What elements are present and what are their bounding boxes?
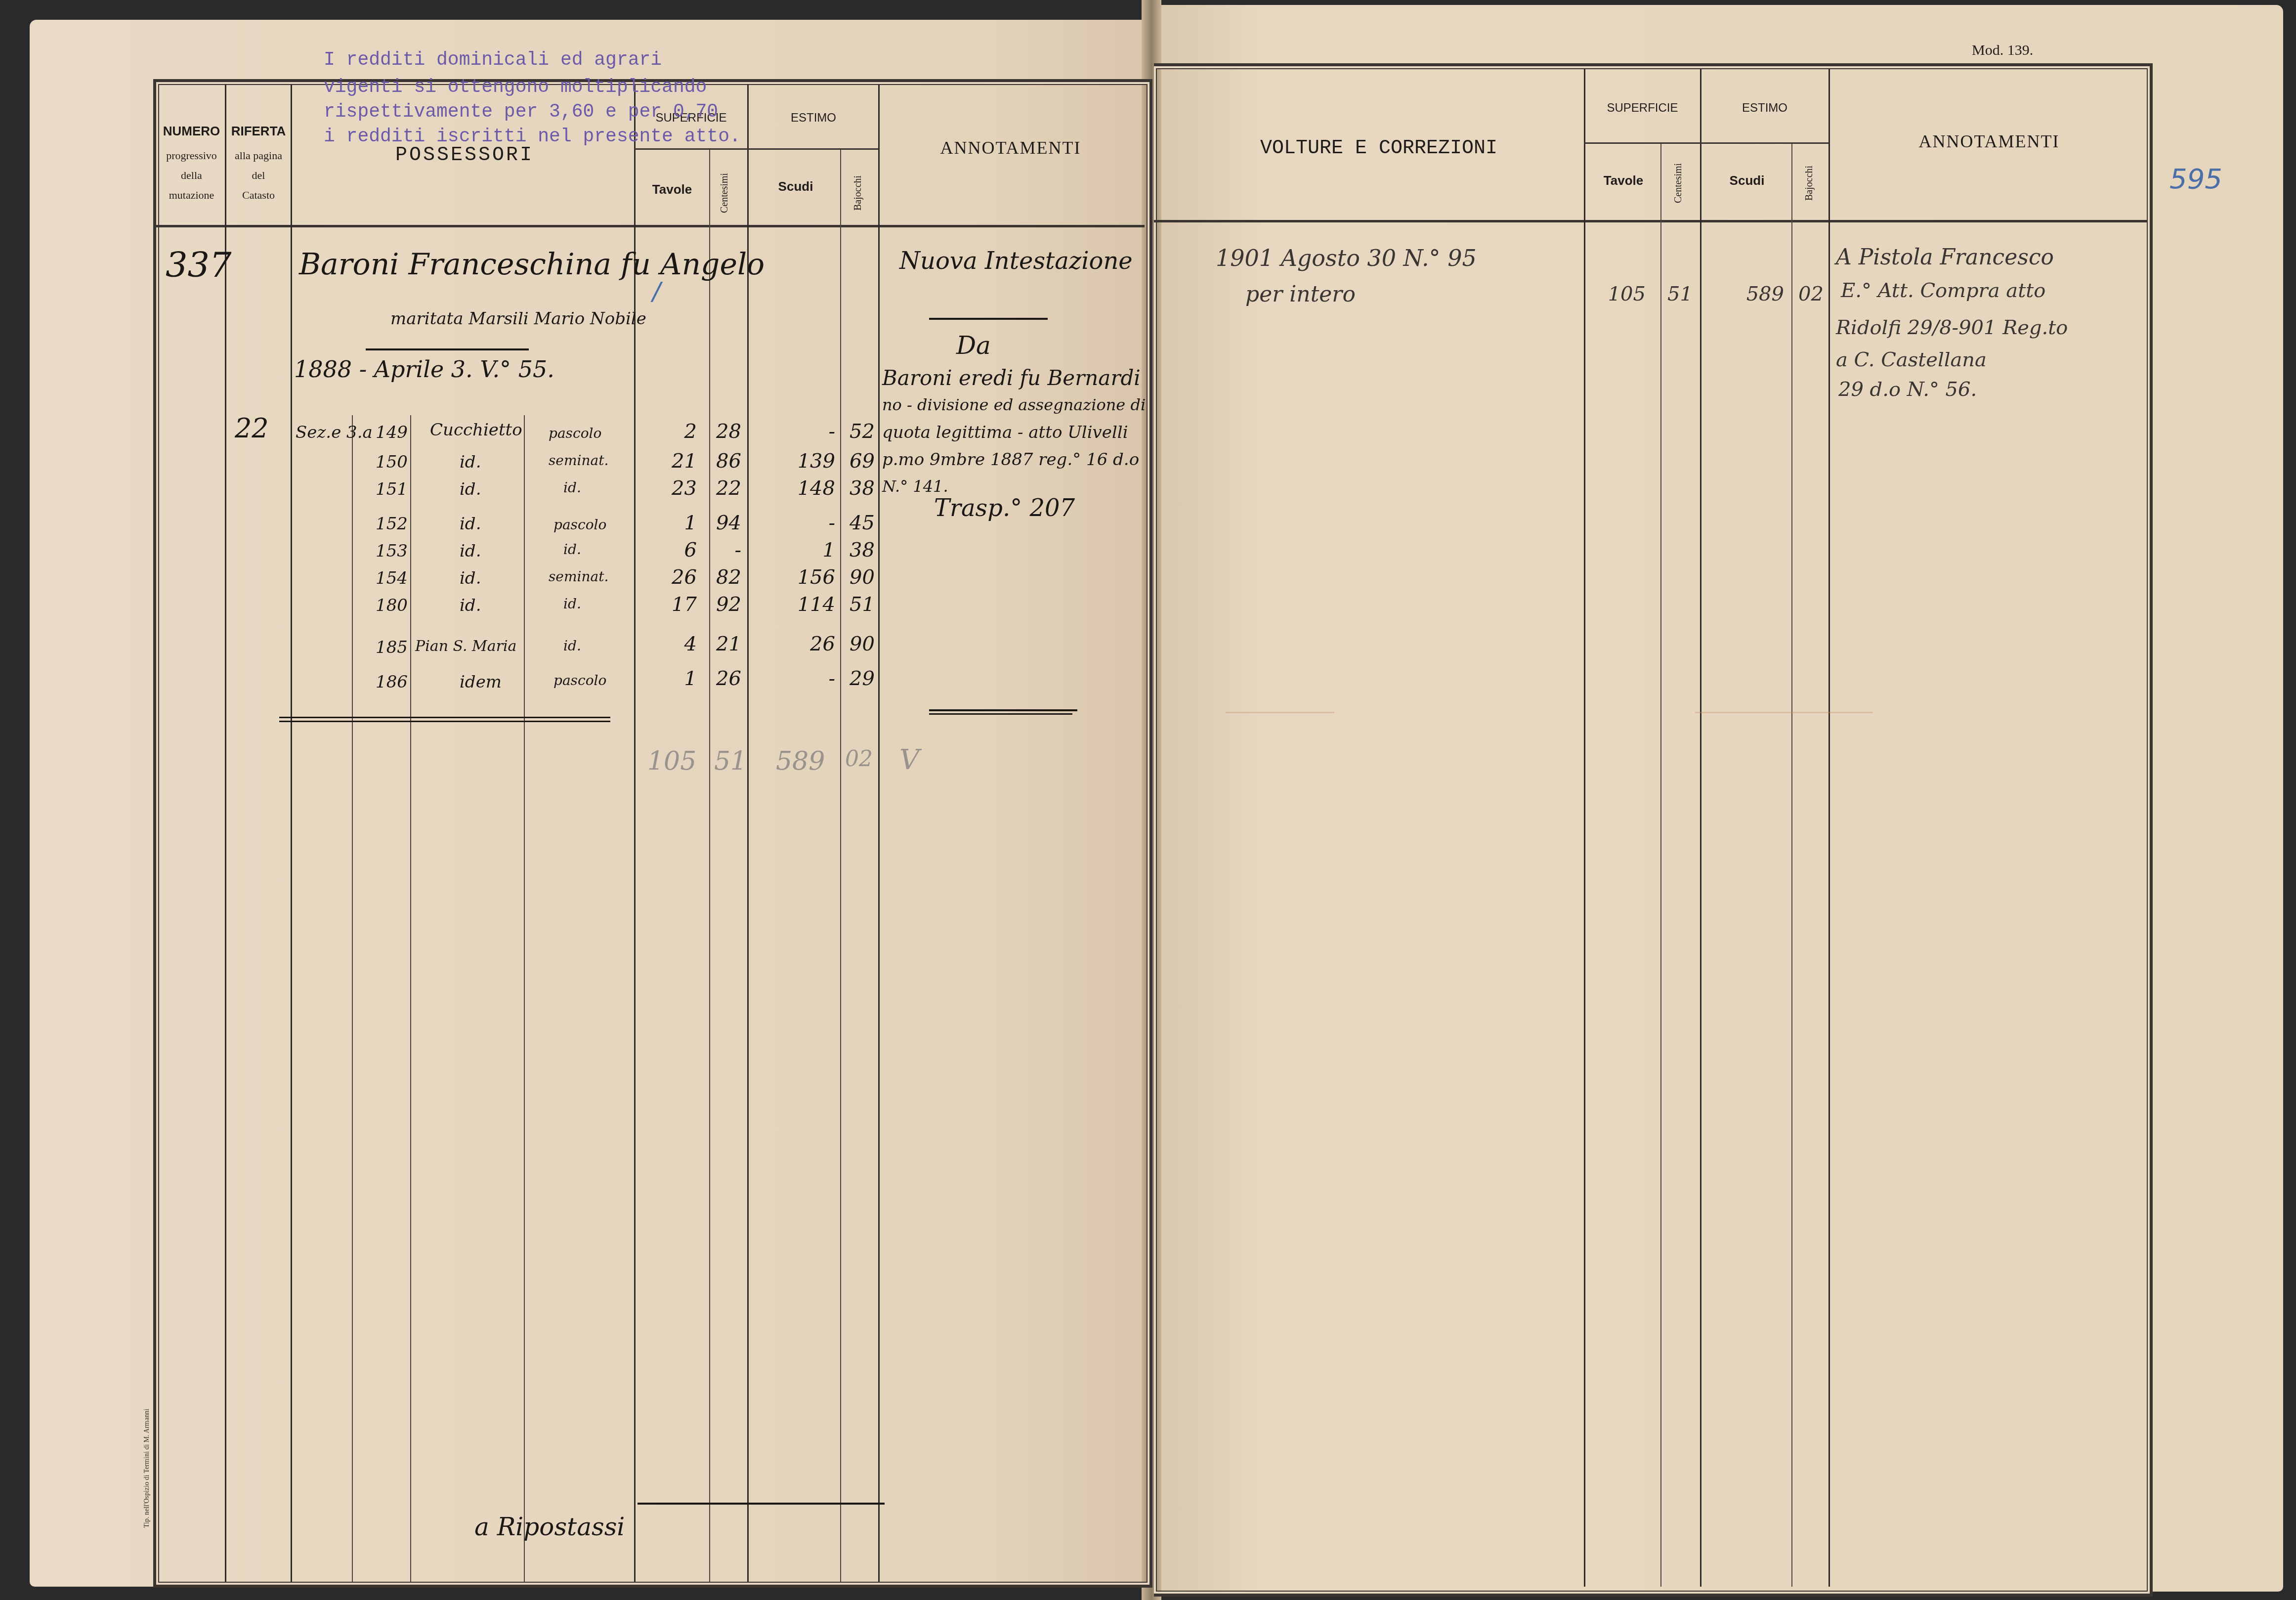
header-riferta-sub-1: alla pagina <box>226 146 291 166</box>
parcel-vocabolo: Pian S. Maria <box>415 638 517 655</box>
col-divider <box>291 84 292 1582</box>
header-bajocchi: Bajocchi <box>1804 153 1815 213</box>
annotation-da: Da <box>956 331 991 360</box>
divider-stroke <box>929 709 1077 711</box>
voltura-tavole: 105 <box>1591 283 1646 305</box>
annotation-line: E.° Att. Compra atto <box>1841 279 2045 302</box>
parcel-tavole: 2 <box>638 420 697 443</box>
bottom-rule <box>638 1503 885 1505</box>
parcel-vocabolo: id. <box>460 541 481 561</box>
parcel-centesimi: 86 <box>712 450 741 473</box>
col-divider <box>1584 69 1585 1587</box>
annotation-line: Baroni eredi fu Bernardi <box>882 366 1141 390</box>
header-riferta: RIFERTA <box>226 124 291 139</box>
voltura-bajocchi: 02 <box>1794 283 1824 305</box>
parcel-tavole: 17 <box>638 593 697 616</box>
parcel-centesimi: 28 <box>712 420 741 443</box>
closing-rule <box>279 717 610 718</box>
annotation-trasporto: Trasp.° 207 <box>934 494 1075 522</box>
header-annotamenti: ANNOTAMENTI <box>1831 131 2147 152</box>
parcel-qualita: seminat. <box>549 568 608 585</box>
header-annotamenti: ANNOTAMENTI <box>880 137 1142 158</box>
parcel-bajocchi: 45 <box>843 512 875 534</box>
parcel-bajocchi: 52 <box>843 420 875 443</box>
annotation-line: no - divisione ed assegnazione di <box>882 395 1146 414</box>
col-divider <box>352 415 353 1582</box>
parcel-scudi: 114 <box>751 593 835 616</box>
parcel-tavole: 1 <box>638 512 697 534</box>
parcel-scudi: - <box>751 512 835 534</box>
parcel-qualita: id. <box>563 541 581 558</box>
parcel-mappa: 152 <box>376 514 408 534</box>
parcel-mappa: 185 <box>376 638 408 657</box>
left-header-rule <box>156 225 1145 227</box>
printer-imprint: Tip. nell'Ospizio di Termini di M. Arman… <box>143 1364 151 1572</box>
entry-possessore: Baroni Franceschina fu Angelo <box>299 247 765 282</box>
parcel-vocabolo: Cucchietto <box>430 420 522 440</box>
parcel-mappa: 153 <box>376 541 408 561</box>
parcel-scudi: 1 <box>751 539 835 562</box>
total-bajocchi: 02 <box>845 746 873 772</box>
col-divider <box>1828 69 1830 1587</box>
voltura-centesimi: 51 <box>1663 283 1693 305</box>
header-riferta-sub: alla pagina del Catasto <box>226 146 291 205</box>
rubber-stamp-line-1: I redditi dominicali ed agrari <box>324 47 662 74</box>
parcel-tavole: 23 <box>638 477 697 500</box>
header-tavole: Tavole <box>638 182 707 197</box>
header-superficie: SUPERFICIE <box>1585 101 1700 115</box>
subheader-rule <box>1584 142 1828 144</box>
col-divider <box>410 415 411 1582</box>
divider-stroke <box>366 348 529 350</box>
voltura-scudi: 589 <box>1705 283 1784 305</box>
col-divider <box>747 84 749 1582</box>
header-estimo: ESTIMO <box>749 111 878 125</box>
header-centesimi: Centesimi <box>719 163 730 222</box>
header-scudi: Scudi <box>1702 173 1791 188</box>
annotation-line: quota legittima - atto Ulivelli <box>882 423 1128 442</box>
annotation-line: A Pistola Francesco <box>1836 245 2054 270</box>
total-centesimi: 51 <box>714 746 747 776</box>
rubber-stamp-line-2: vigenti si ottengono moltiplicando <box>324 74 707 101</box>
bleed-through-mark <box>1695 712 1873 713</box>
parcel-vocabolo: idem <box>460 672 502 692</box>
annotation-line: N.° 141. <box>882 477 948 496</box>
parcel-vocabolo: id. <box>460 568 481 588</box>
col-divider <box>709 148 710 1582</box>
parcel-tavole: 26 <box>638 566 697 589</box>
header-bajocchi: Bajocchi <box>852 163 864 222</box>
parcel-scudi: 26 <box>751 633 835 655</box>
annotation-line: 29 d.o N.° 56. <box>1838 378 1977 401</box>
parcel-scudi: - <box>751 667 835 690</box>
parcel-qualita: id. <box>563 479 581 496</box>
entry-riferta: 22 <box>235 413 269 444</box>
col-divider <box>840 148 841 1582</box>
parcel-scudi: 156 <box>751 566 835 589</box>
parcel-scudi: - <box>751 420 835 443</box>
header-tavole: Tavole <box>1586 173 1660 188</box>
header-numero-sub-3: mutazione <box>158 185 225 205</box>
voltura-per-intero: per intero <box>1245 282 1356 307</box>
parcel-vocabolo: id. <box>460 479 481 499</box>
header-riferta-sub-3: Catasto <box>226 185 291 205</box>
header-riferta-sub-2: del <box>226 166 291 185</box>
parcel-tavole: 6 <box>638 539 697 562</box>
parcel-centesimi: 94 <box>712 512 741 534</box>
form-model: Mod. 139. <box>1972 42 2033 59</box>
annotation-line: Ridolfi 29/8-901 Reg.to <box>1836 316 2068 339</box>
col-divider <box>1791 143 1792 1587</box>
annotation-line: a C. Castellana <box>1836 348 1987 371</box>
parcel-mappa: 149 <box>376 423 408 442</box>
header-numero-sub-2: della <box>158 166 225 185</box>
parcel-centesimi: 26 <box>712 667 741 690</box>
right-header-rule <box>1154 220 2147 222</box>
header-scudi: Scudi <box>751 179 840 194</box>
blue-pencil-tick: / <box>652 277 661 305</box>
header-centesimi: Centesimi <box>1673 153 1684 213</box>
rubber-stamp-line-3: rispettivamente per 3,60 e per 0,70 <box>324 99 718 126</box>
parcel-centesimi: 82 <box>712 566 741 589</box>
parcel-vocabolo: id. <box>460 514 481 534</box>
closing-rule <box>279 721 610 722</box>
entry-data-atto: 1888 - Aprile 3. V.° 55. <box>294 356 554 383</box>
col-divider <box>225 84 226 1582</box>
parcel-qualita: id. <box>563 596 581 612</box>
parcel-centesimi: 22 <box>712 477 741 500</box>
parcel-mappa: 150 <box>376 452 408 472</box>
parcel-bajocchi: 38 <box>843 477 875 500</box>
header-volture: VOLTURE E CORREZIONI <box>1186 137 1572 160</box>
header-numero-sub-1: progressivo <box>158 146 225 166</box>
parcel-bajocchi: 69 <box>843 450 875 473</box>
parcel-mappa: 151 <box>376 479 408 499</box>
total-check-mark: V <box>899 744 919 776</box>
divider-stroke <box>929 318 1048 320</box>
parcel-qualita: pascolo <box>549 425 601 441</box>
bleed-through-mark <box>1226 712 1334 713</box>
parcel-vocabolo: id. <box>460 596 481 615</box>
parcel-qualita: id. <box>563 638 581 654</box>
header-estimo: ESTIMO <box>1701 101 1828 115</box>
parcel-mappa: 154 <box>376 568 408 588</box>
parcel-tavole: 21 <box>638 450 697 473</box>
parcel-qualita: pascolo <box>553 517 606 533</box>
parcel-centesimi: - <box>712 539 741 562</box>
parcel-tavole: 1 <box>638 667 697 690</box>
rubber-stamp-line-4: i redditi iscritti nel presente atto. <box>324 124 741 150</box>
voltura-date: 1901 Agosto 30 N.° 95 <box>1216 245 1477 271</box>
parcel-tavole: 4 <box>638 633 697 655</box>
total-tavole: 105 <box>647 746 696 776</box>
annotation-nuova-intestazione: Nuova Intestazione <box>899 247 1133 275</box>
parcel-vocabolo: id. <box>460 452 481 472</box>
col-divider <box>524 415 525 1582</box>
parcel-bajocchi: 90 <box>843 566 875 589</box>
parcel-scudi: 148 <box>751 477 835 500</box>
parcel-bajocchi: 29 <box>843 667 875 690</box>
header-numero-sub: progressivo della mutazione <box>158 146 225 205</box>
parcel-scudi: 139 <box>751 450 835 473</box>
header-numero: NUMERO <box>158 124 225 139</box>
parcel-qualita: seminat. <box>549 452 608 469</box>
col-divider <box>1700 69 1701 1587</box>
divider-stroke <box>929 713 1072 715</box>
entry-maritata: maritata Marsili Mario Nobile <box>390 309 646 329</box>
parcel-centesimi: 21 <box>712 633 741 655</box>
footer-note: a Ripostassi <box>474 1513 625 1541</box>
parcel-bajocchi: 51 <box>843 593 875 616</box>
annotation-line: p.mo 9mbre 1887 reg.° 16 d.o <box>882 450 1139 470</box>
col-divider <box>1660 143 1661 1587</box>
entry-sezione: Sez.e 3.a <box>296 423 373 442</box>
parcel-qualita: pascolo <box>553 672 606 689</box>
entry-numero: 337 <box>166 245 232 285</box>
total-scudi: 589 <box>776 746 825 776</box>
page-number-mark: 595 <box>2169 163 2222 195</box>
parcel-mappa: 180 <box>376 596 408 615</box>
col-divider <box>878 84 880 1582</box>
parcel-bajocchi: 90 <box>843 633 875 655</box>
parcel-mappa: 186 <box>376 672 408 692</box>
parcel-bajocchi: 38 <box>843 539 875 562</box>
parcel-centesimi: 92 <box>712 593 741 616</box>
